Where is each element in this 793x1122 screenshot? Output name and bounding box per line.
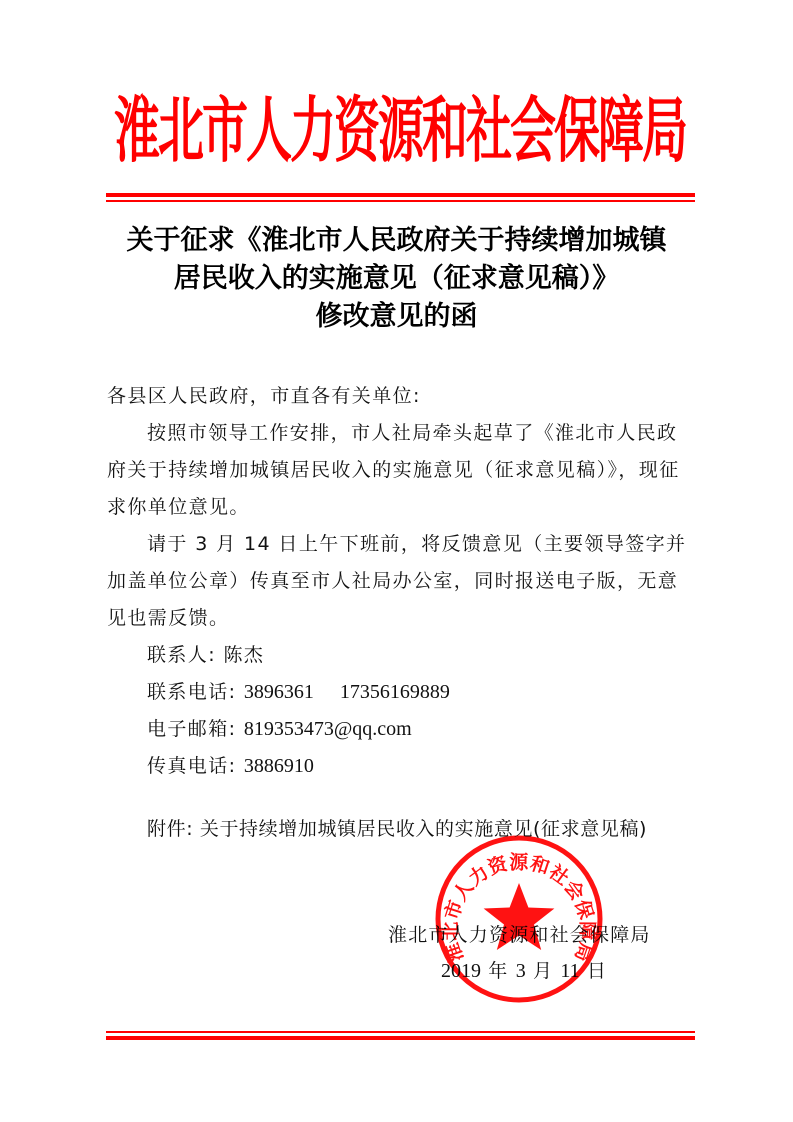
contact-person-name: 陈杰 xyxy=(223,644,264,666)
paragraph-deadline: 请于 3 月 14 日上午下班前，将反馈意见（主要领导签字并加盖单位公章）传真至… xyxy=(107,526,697,637)
contact-phone: 联系电话: 389636117356169889 xyxy=(107,674,697,711)
contact-person: 联系人: 陈杰 xyxy=(107,637,697,674)
header-rule-thin xyxy=(106,200,695,202)
attachment-note: 附件: 关于持续增加城镇居民收入的实施意见(征求意见稿) xyxy=(147,812,707,846)
contact-phone-landline: 3896361 xyxy=(244,681,314,703)
salutation: 各县区人民政府，市直各有关单位: xyxy=(107,378,697,415)
header-rule-thick xyxy=(106,193,695,197)
contact-email: 电子邮箱: 819353473@qq.com xyxy=(107,711,697,748)
document-body: 各县区人民政府，市直各有关单位: 按照市领导工作安排，市人社局牵头起草了《淮北市… xyxy=(107,378,697,785)
contact-fax: 传真电话: 3886910 xyxy=(107,748,697,785)
contact-phone-mobile: 17356169889 xyxy=(340,681,450,703)
paragraph-request: 按照市领导工作安排，市人社局牵头起草了《淮北市人民政府关于持续增加城镇居民收入的… xyxy=(107,415,697,526)
contact-person-label: 联系人: xyxy=(147,644,216,666)
official-seal: 淮北市人力资源和社会保障局 xyxy=(433,833,605,1005)
star-icon xyxy=(484,883,555,950)
footer-rule-thick xyxy=(106,1036,695,1040)
title-line-3: 修改意见的函 xyxy=(80,298,713,336)
contact-phone-label: 联系电话: xyxy=(147,681,236,703)
contact-email-address[interactable]: 819353473@qq.com xyxy=(244,718,412,740)
contact-fax-number: 3886910 xyxy=(244,755,314,777)
contact-fax-label: 传真电话: xyxy=(147,755,236,777)
contact-email-label: 电子邮箱: xyxy=(147,718,236,740)
letterhead-title: 淮北市人力资源和社会保障局 xyxy=(100,53,700,208)
title-line-2: 居民收入的实施意见（征求意见稿）》 xyxy=(80,260,713,298)
document-title: 关于征求《淮北市人民政府关于持续增加城镇 居民收入的实施意见（征求意见稿）》 修… xyxy=(80,222,713,336)
footer-rule-thin xyxy=(106,1031,695,1033)
document-page: 淮北市人力资源和社会保障局 关于征求《淮北市人民政府关于持续增加城镇 居民收入的… xyxy=(0,0,793,1122)
title-line-1: 关于征求《淮北市人民政府关于持续增加城镇 xyxy=(80,222,713,260)
